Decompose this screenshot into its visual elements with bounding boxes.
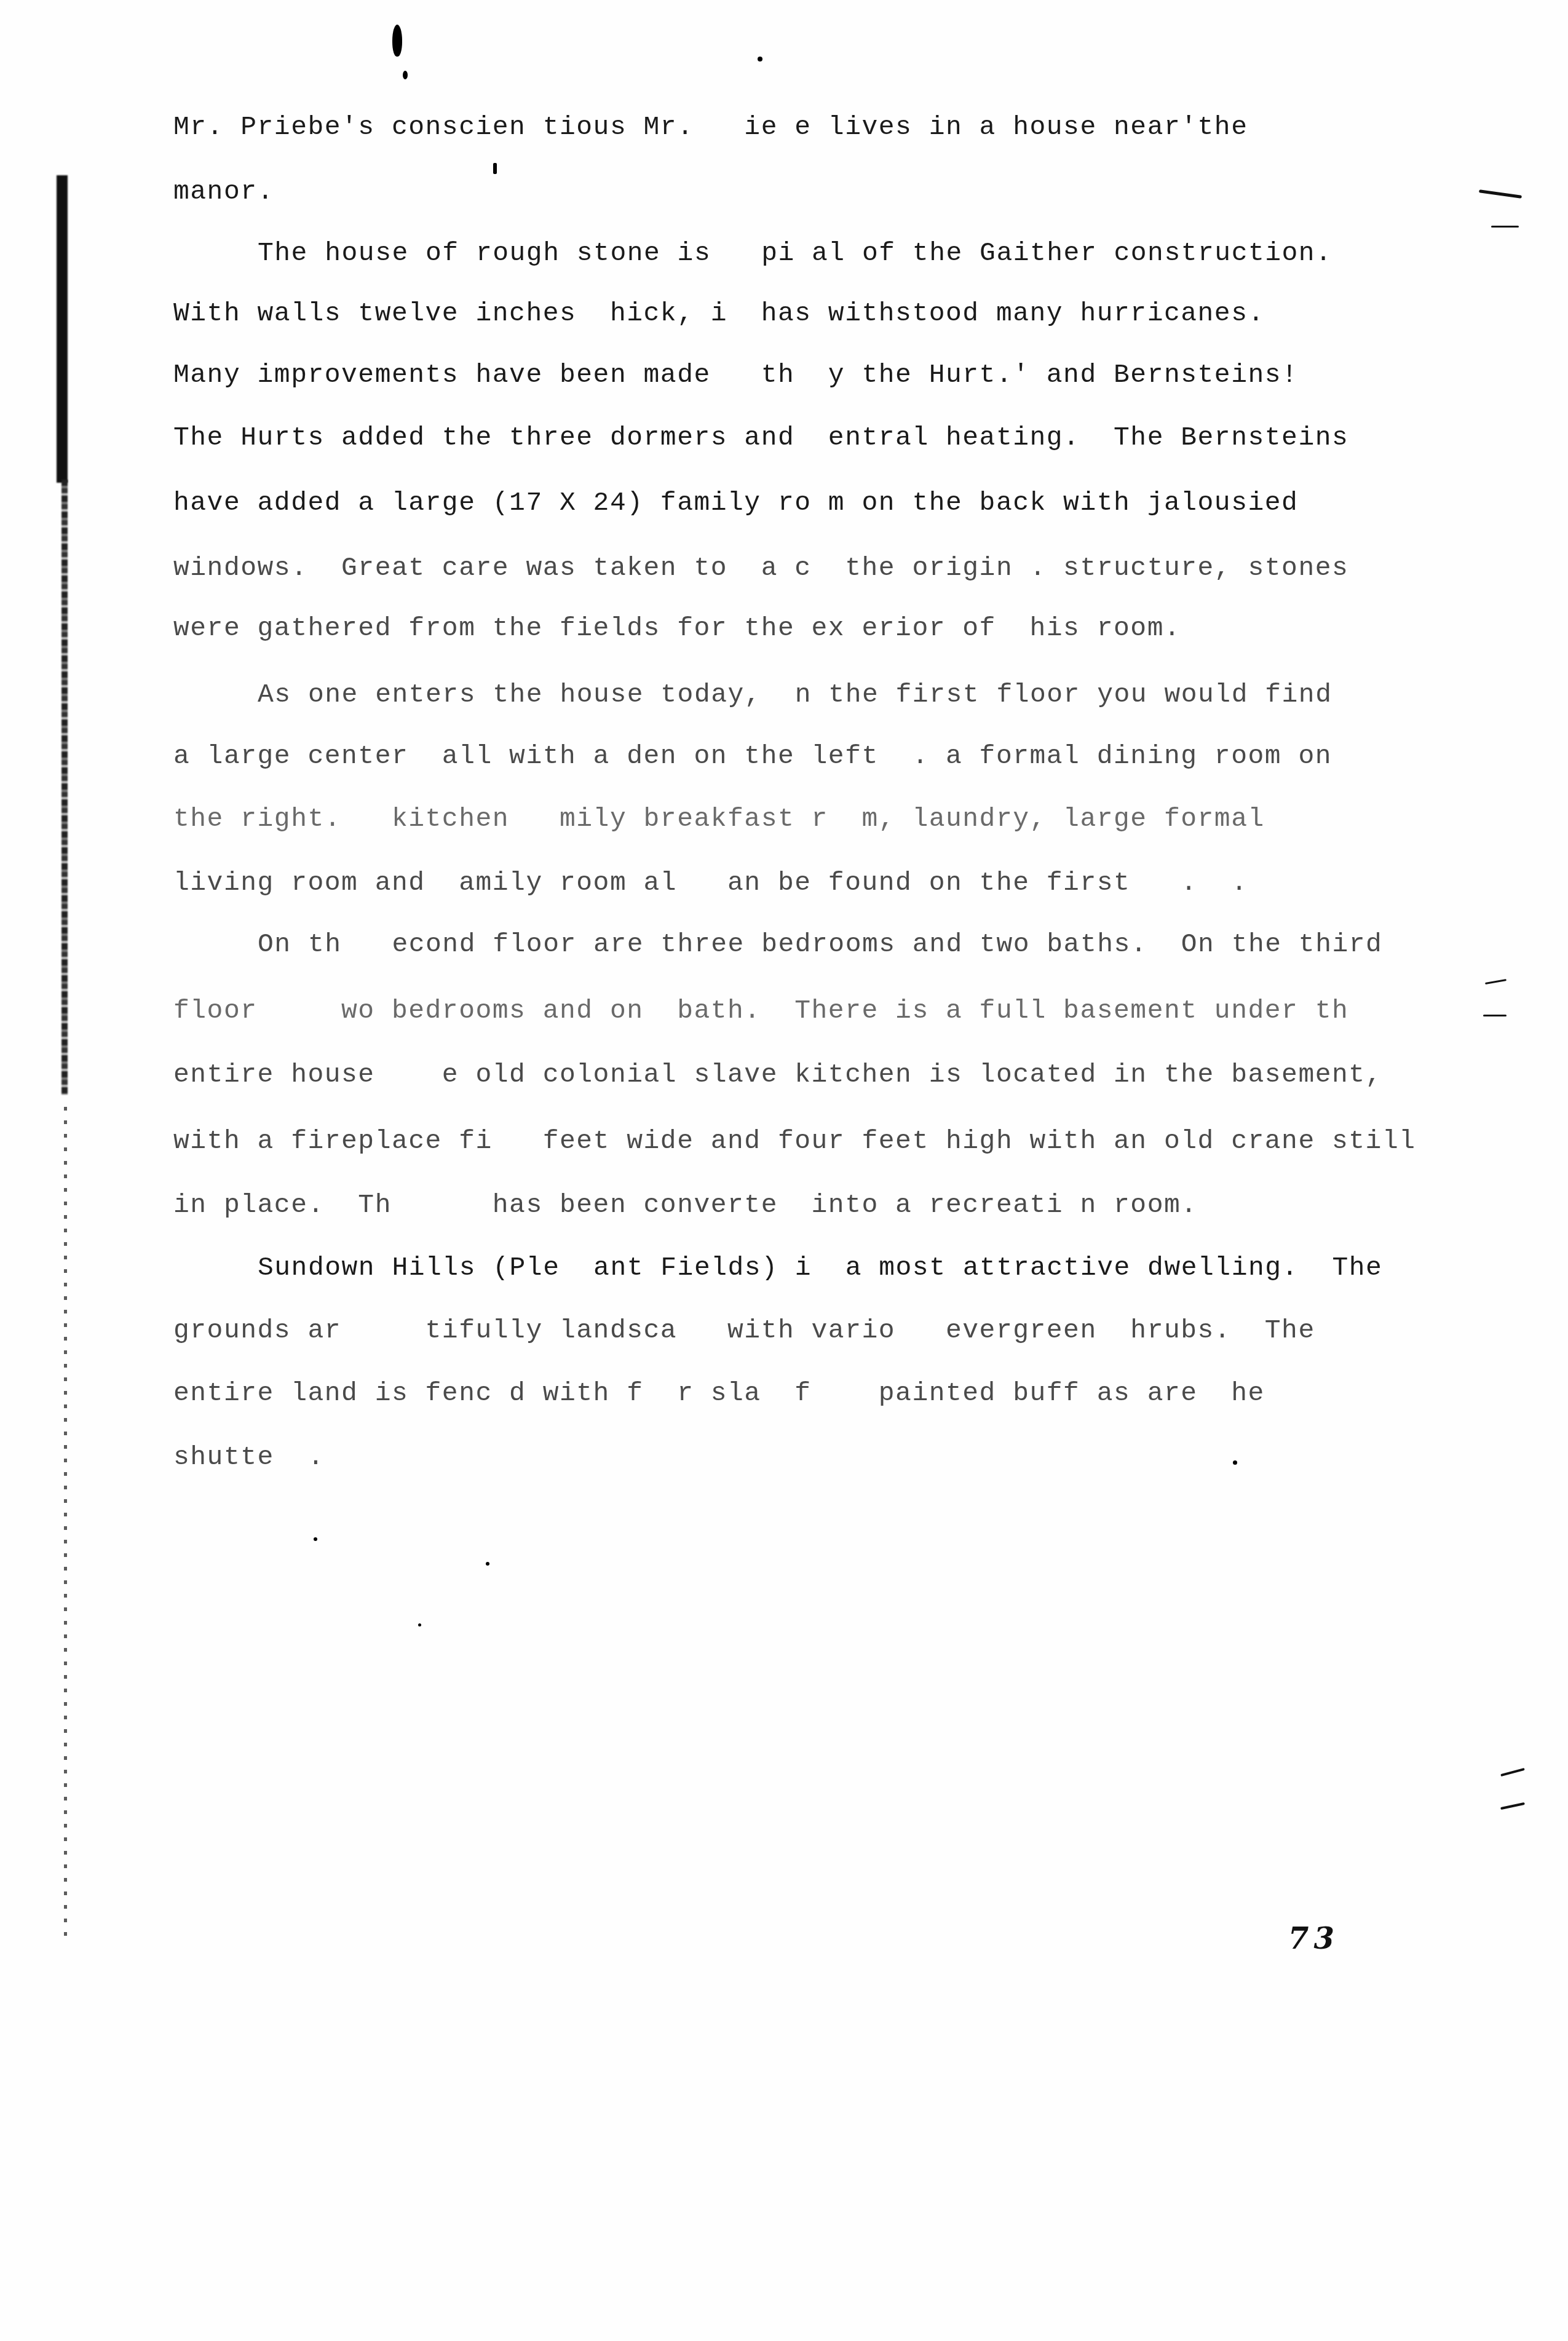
- ink-speck: [314, 1537, 317, 1541]
- ink-speck: [403, 71, 408, 79]
- text-line: have added a large (17 X 24) family ro m…: [173, 489, 1298, 516]
- binding-shadow: [57, 175, 68, 483]
- text-line: a large center all with a den on the lef…: [173, 743, 1332, 769]
- text-line: windows. Great care was taken to a c the…: [173, 555, 1348, 581]
- binding-shadow: [61, 480, 68, 1095]
- text-line: shutte .: [173, 1444, 325, 1470]
- text-line: Many improvements have been made th y th…: [173, 362, 1298, 388]
- text-line: in place. Th has been converte into a re…: [173, 1192, 1198, 1218]
- text-line: The Hurts added the three dormers and en…: [173, 424, 1348, 451]
- edge-mark: [1479, 189, 1522, 199]
- text-line: were gathered from the fields for the ex…: [173, 615, 1181, 641]
- page-number: 73: [1288, 1922, 1339, 1956]
- ink-speck: [1233, 1460, 1237, 1465]
- text-line: the right. kitchen mily breakfast r m, l…: [173, 806, 1265, 832]
- edge-mark: [1500, 1802, 1525, 1810]
- ink-blot: [392, 25, 402, 57]
- text-line: living room and amily room al an be foun…: [173, 869, 1248, 896]
- text-line: grounds ar tifully landsca with vario ev…: [173, 1317, 1315, 1344]
- text-line: entire land is fenc d with f r sla f pai…: [173, 1380, 1265, 1406]
- text-line: floor wo bedrooms and on bath. There is …: [173, 997, 1348, 1024]
- text-line: Sundown Hills (Ple ant Fields) i a most …: [258, 1254, 1382, 1281]
- text-line: Mr. Priebe's conscien tious Mr. ie e liv…: [173, 114, 1248, 140]
- edge-mark: [1500, 1768, 1525, 1777]
- text-line: with a fireplace fi feet wide and four f…: [173, 1128, 1416, 1154]
- ink-speck: [486, 1562, 489, 1566]
- binding-shadow: [64, 1107, 67, 1937]
- document-page: Mr. Priebe's conscien tious Mr. ie e liv…: [0, 0, 1568, 2341]
- text-line: On th econd floor are three bedrooms and…: [258, 931, 1382, 957]
- edge-mark: [1491, 226, 1519, 228]
- text-line: entire house e old colonial slave kitche…: [173, 1061, 1382, 1088]
- ink-speck: [758, 57, 762, 61]
- text-line: As one enters the house today, n the fir…: [258, 681, 1332, 708]
- ink-speck: [418, 1623, 421, 1626]
- ink-speck: [493, 163, 497, 174]
- text-line: manor.: [173, 178, 274, 205]
- edge-mark: [1483, 1015, 1507, 1016]
- text-line: With walls twelve inches hick, i has wit…: [173, 300, 1265, 327]
- edge-mark: [1485, 979, 1507, 984]
- text-line: The house of rough stone is pi al of the…: [258, 240, 1332, 266]
